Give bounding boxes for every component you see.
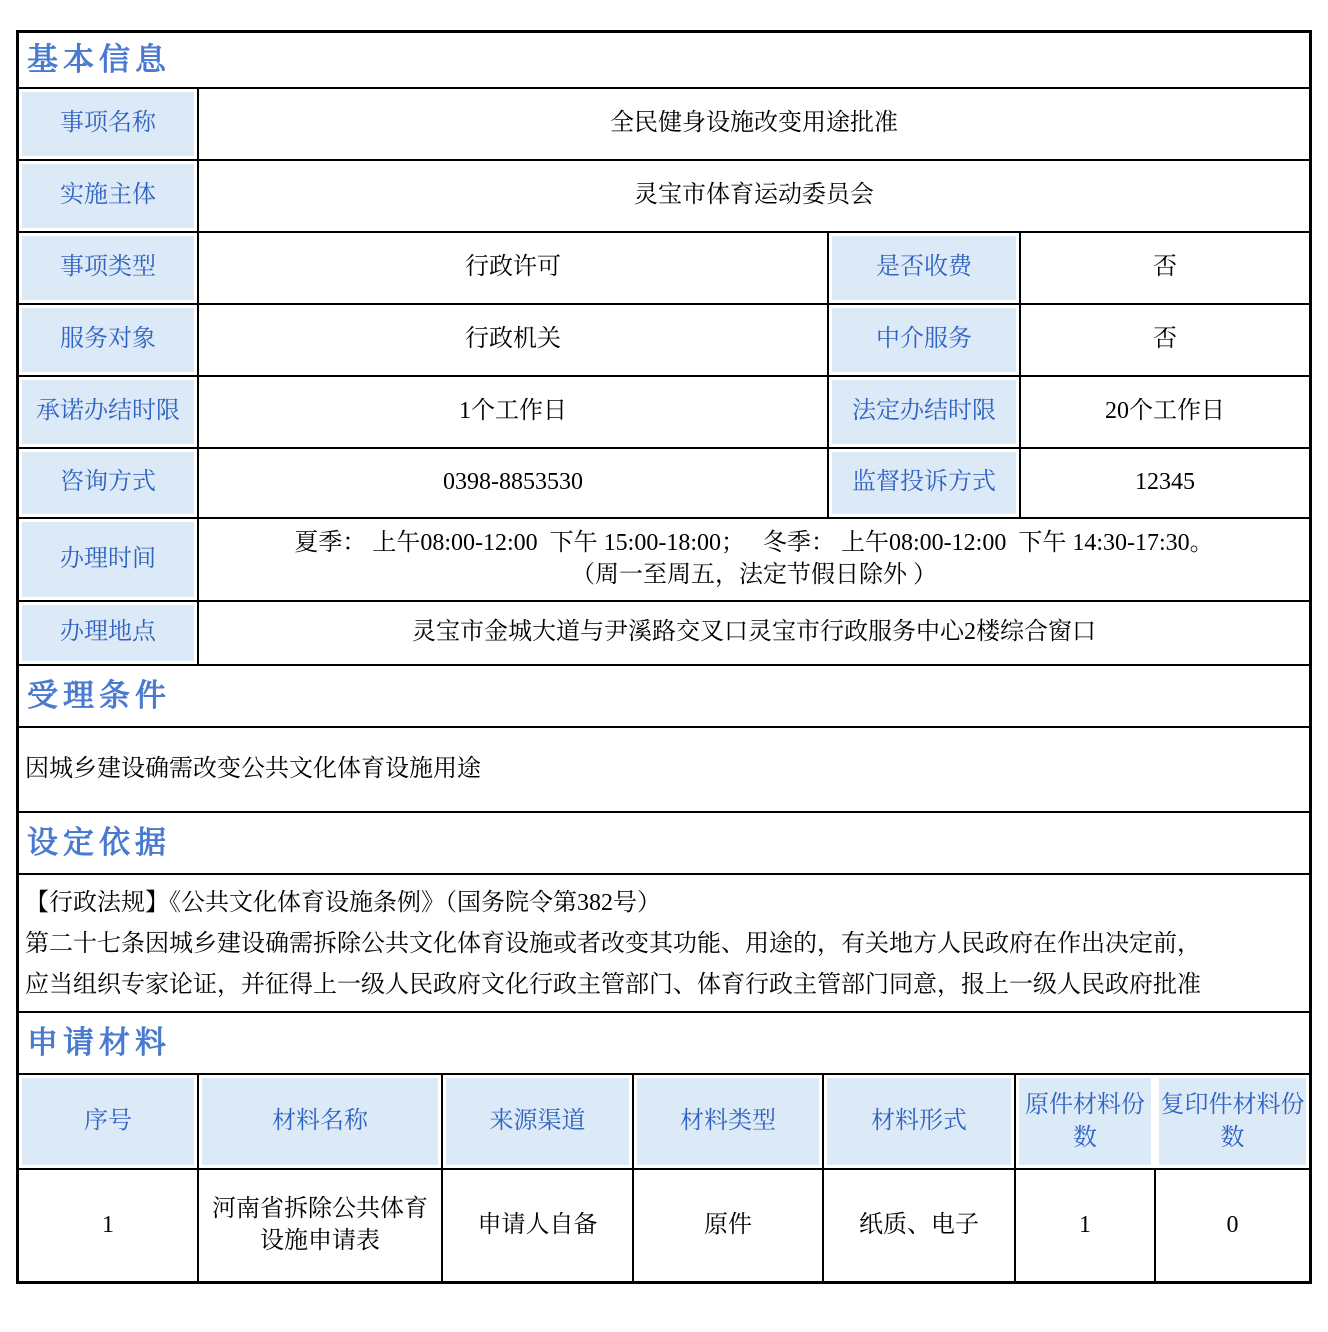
value-legal-time-limit: 20个工作日 [1021,377,1309,447]
acceptance-content-text: 因城乡建设确需改变公共文化体育设施用途 [19,728,1309,811]
material-seq: 1 [19,1170,199,1281]
label-item-type: 事项类型 [19,233,199,303]
section-title-legal-basis: 设定依据 [19,813,1309,873]
section-row-legal-basis: 设定依据 [19,813,1309,875]
legal-basis-content: 【行政法规】《公共文化体育设施条例》（国务院令第382号） 第二十七条因城乡建设… [19,875,1309,1011]
material-type: 原件 [634,1170,824,1281]
label-item-name: 事项名称 [19,89,199,159]
office-hours-line1: 夏季： 上午08:00-12:00 下午 15:00-18:00； 冬季： 上午… [294,528,1213,559]
materials-header-copy-count: 复印件材料份数 [1156,1075,1309,1168]
row-acceptance-content: 因城乡建设确需改变公共文化体育设施用途 [19,728,1309,813]
materials-header-name: 材料名称 [199,1075,443,1168]
section-title-basic-info: 基本信息 [19,33,1309,87]
value-complaint-method: 12345 [1021,449,1309,517]
label-service-target: 服务对象 [19,305,199,375]
material-source: 申请人自备 [443,1170,634,1281]
row-time-limits: 承诺办结时限 1个工作日 法定办结时限 20个工作日 [19,377,1309,449]
section-title-materials: 申请材料 [19,1013,1309,1073]
material-copy-count: 0 [1156,1170,1309,1281]
label-implementing-body: 实施主体 [19,161,199,231]
materials-header-seq: 序号 [19,1075,199,1168]
label-fee-charged: 是否收费 [829,233,1021,303]
service-info-document: 基本信息 事项名称 全民健身设施改变用途批准 实施主体 灵宝市体育运动委员会 事… [16,30,1312,1284]
value-consult-method: 0398-8853530 [199,449,829,517]
material-original-count: 1 [1016,1170,1156,1281]
materials-header-form: 材料形式 [824,1075,1016,1168]
value-office-location: 灵宝市金城大道与尹溪路交叉口灵宝市行政服务中心2楼综合窗口 [199,602,1309,664]
materials-header-row: 序号 材料名称 来源渠道 材料类型 材料形式 原件材料份数 复印件材料份数 [19,1075,1309,1170]
label-office-hours: 办理时间 [19,519,199,600]
row-office-hours: 办理时间 夏季： 上午08:00-12:00 下午 15:00-18:00； 冬… [19,519,1309,602]
label-consult-method: 咨询方式 [19,449,199,517]
office-hours-line2: （周一至周五，法定节假日除外 ） [571,560,937,591]
value-implementing-body: 灵宝市体育运动委员会 [199,161,1309,231]
value-promised-time-limit: 1个工作日 [199,377,829,447]
row-office-location: 办理地点 灵宝市金城大道与尹溪路交叉口灵宝市行政服务中心2楼综合窗口 [19,602,1309,666]
value-fee-charged: 否 [1021,233,1309,303]
label-complaint-method: 监督投诉方式 [829,449,1021,517]
value-intermediary-service: 否 [1021,305,1309,375]
row-item-type-fee: 事项类型 行政许可 是否收费 否 [19,233,1309,305]
section-title-acceptance: 受理条件 [19,666,1309,726]
label-office-location: 办理地点 [19,602,199,664]
row-item-name: 事项名称 全民健身设施改变用途批准 [19,89,1309,161]
section-row-basic-info: 基本信息 [19,33,1309,89]
material-name: 河南省拆除公共体育设施申请表 [199,1170,443,1281]
materials-header-original-count: 原件材料份数 [1016,1075,1156,1168]
value-item-type: 行政许可 [199,233,829,303]
row-implementing-body: 实施主体 灵宝市体育运动委员会 [19,161,1309,233]
value-item-name: 全民健身设施改变用途批准 [199,89,1309,159]
legal-basis-line-3: 应当组织专家论证，并征得上一级人民政府文化行政主管部门、体育行政主管部门同意，报… [25,965,1303,1006]
materials-header-type: 材料类型 [634,1075,824,1168]
label-promised-time-limit: 承诺办结时限 [19,377,199,447]
materials-header-source: 来源渠道 [443,1075,634,1168]
section-row-materials: 申请材料 [19,1013,1309,1075]
row-service-target-agency: 服务对象 行政机关 中介服务 否 [19,305,1309,377]
row-legal-basis-content: 【行政法规】《公共文化体育设施条例》（国务院令第382号） 第二十七条因城乡建设… [19,875,1309,1013]
legal-basis-line-2: 第二十七条因城乡建设确需拆除公共文化体育设施或者改变其功能、用途的，有关地方人民… [25,924,1303,965]
row-contact-methods: 咨询方式 0398-8853530 监督投诉方式 12345 [19,449,1309,519]
value-office-hours: 夏季： 上午08:00-12:00 下午 15:00-18:00； 冬季： 上午… [199,519,1309,600]
materials-data-row: 1 河南省拆除公共体育设施申请表 申请人自备 原件 纸质、电子 1 0 [19,1170,1309,1281]
material-form: 纸质、电子 [824,1170,1016,1281]
label-legal-time-limit: 法定办结时限 [829,377,1021,447]
legal-basis-line-1: 【行政法规】《公共文化体育设施条例》（国务院令第382号） [25,883,1303,924]
label-intermediary-service: 中介服务 [829,305,1021,375]
section-row-acceptance: 受理条件 [19,666,1309,728]
value-service-target: 行政机关 [199,305,829,375]
